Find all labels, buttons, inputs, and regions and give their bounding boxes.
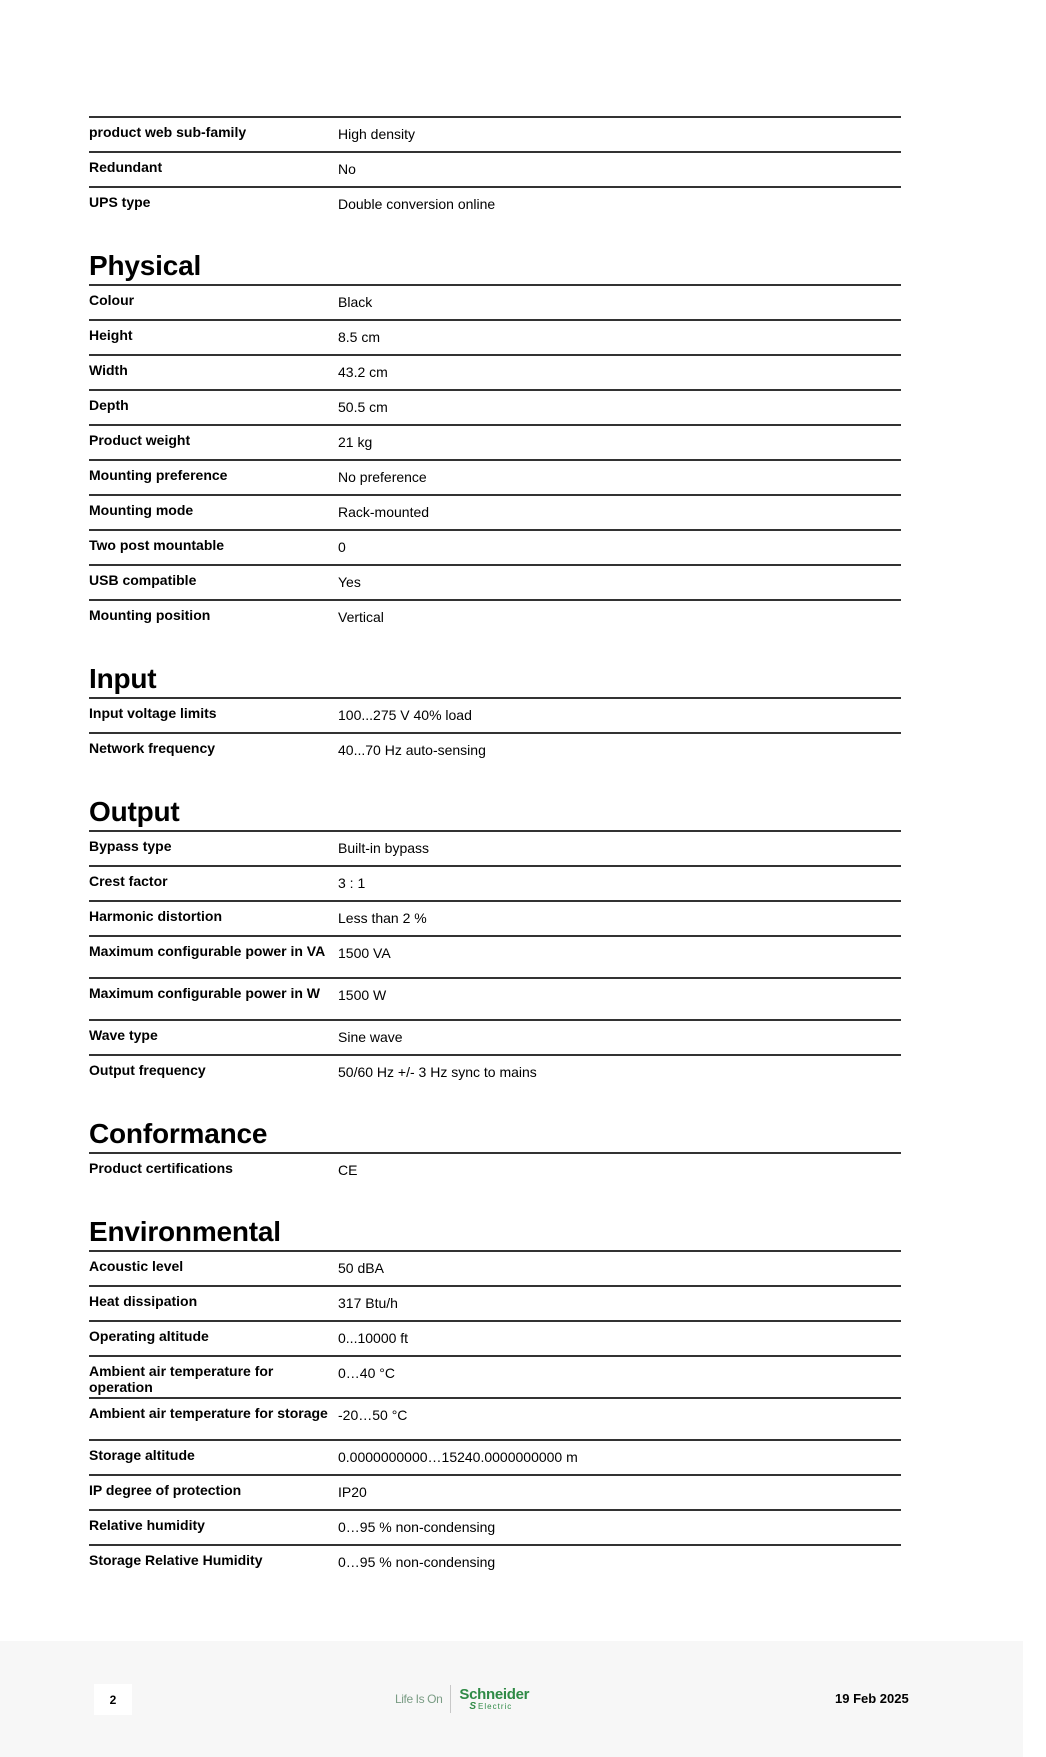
spec-value: CE: [338, 1160, 901, 1187]
brand-sub: Electric: [478, 1703, 512, 1711]
spec-label: Mounting position: [89, 607, 338, 634]
spec-value: 100...275 V 40% load: [338, 705, 901, 732]
spec-section: InputInput voltage limits100...275 V 40%…: [89, 664, 901, 767]
spec-row: Ambient air temperature for storage-20…5…: [89, 1397, 901, 1439]
spec-value: 40...70 Hz auto-sensing: [338, 740, 901, 767]
spec-label: Maximum configurable power in W: [89, 985, 338, 1019]
spec-label: Two post mountable: [89, 537, 338, 564]
spec-label: Acoustic level: [89, 1258, 338, 1285]
spec-value: 317 Btu/h: [338, 1293, 901, 1320]
spec-label: Bypass type: [89, 838, 338, 865]
spec-row: Mounting preferenceNo preference: [89, 459, 901, 494]
spec-row: RedundantNo: [89, 151, 901, 186]
spec-value: Double conversion online: [338, 194, 901, 221]
spec-label: Product certifications: [89, 1160, 338, 1187]
spec-row: Input voltage limits100...275 V 40% load: [89, 697, 901, 732]
spec-value: Built-in bypass: [338, 838, 901, 865]
spec-section: PhysicalColourBlackHeight8.5 cmWidth43.2…: [89, 251, 901, 634]
spec-value: Vertical: [338, 607, 901, 634]
spec-row: Ambient air temperature for operation0…4…: [89, 1355, 901, 1397]
page-number: 2: [94, 1684, 132, 1715]
section-title: Environmental: [89, 1217, 901, 1247]
spec-label: Ambient air temperature for operation: [89, 1363, 338, 1397]
brand-sub-row: S Electric: [459, 1702, 529, 1712]
spec-row: Heat dissipation317 Btu/h: [89, 1285, 901, 1320]
spec-label: Input voltage limits: [89, 705, 338, 732]
brand-divider: [450, 1685, 451, 1713]
spec-row: Storage Relative Humidity0…95 % non-cond…: [89, 1544, 901, 1579]
spec-label: Depth: [89, 397, 338, 424]
spec-value: Black: [338, 292, 901, 319]
spec-value: 1500 W: [338, 985, 901, 1019]
spec-value: 50 dBA: [338, 1258, 901, 1285]
spec-label: Output frequency: [89, 1062, 338, 1089]
spec-value: 0.0000000000…15240.0000000000 m: [338, 1447, 901, 1474]
spec-value: High density: [338, 124, 901, 151]
spec-row: Maximum configurable power in VA1500 VA: [89, 935, 901, 977]
spec-value: 43.2 cm: [338, 362, 901, 389]
spec-label: Heat dissipation: [89, 1293, 338, 1320]
spec-row: UPS typeDouble conversion online: [89, 186, 901, 221]
spec-row: Product certificationsCE: [89, 1152, 901, 1187]
spec-section: product web sub-familyHigh densityRedund…: [89, 116, 901, 221]
spec-row: Maximum configurable power in W1500 W: [89, 977, 901, 1019]
spec-row: Mounting modeRack-mounted: [89, 494, 901, 529]
spec-label: Ambient air temperature for storage: [89, 1405, 338, 1439]
schneider-logo: Schneider S Electric: [459, 1687, 529, 1712]
spec-row: Depth50.5 cm: [89, 389, 901, 424]
spec-value: 50.5 cm: [338, 397, 901, 424]
spec-row: Relative humidity0…95 % non-condensing: [89, 1509, 901, 1544]
brand-block: Life Is On Schneider S Electric: [395, 1681, 529, 1717]
spec-label: Width: [89, 362, 338, 389]
spec-document: product web sub-familyHigh densityRedund…: [89, 116, 901, 1579]
section-title: Physical: [89, 251, 901, 281]
spec-row: Bypass typeBuilt-in bypass: [89, 830, 901, 865]
spec-value: 0...10000 ft: [338, 1328, 901, 1355]
spec-row: Harmonic distortionLess than 2 %: [89, 900, 901, 935]
spec-row: Acoustic level50 dBA: [89, 1250, 901, 1285]
brand-name: Schneider: [459, 1687, 529, 1702]
spec-row: Output frequency50/60 Hz +/- 3 Hz sync t…: [89, 1054, 901, 1089]
spec-value: Yes: [338, 572, 901, 599]
section-title: Input: [89, 664, 901, 694]
spec-label: Height: [89, 327, 338, 354]
spec-section: EnvironmentalAcoustic level50 dBAHeat di…: [89, 1217, 901, 1579]
spec-row: ColourBlack: [89, 284, 901, 319]
spec-value: -20…50 °C: [338, 1405, 901, 1439]
section-title: Conformance: [89, 1119, 901, 1149]
spec-row: Height8.5 cm: [89, 319, 901, 354]
spec-row: Operating altitude0...10000 ft: [89, 1320, 901, 1355]
spec-label: IP degree of protection: [89, 1482, 338, 1509]
spec-value: Less than 2 %: [338, 908, 901, 935]
spec-label: Crest factor: [89, 873, 338, 900]
spec-value: No: [338, 159, 901, 186]
spec-label: Colour: [89, 292, 338, 319]
spec-row: Mounting positionVertical: [89, 599, 901, 634]
spec-label: Network frequency: [89, 740, 338, 767]
spec-label: Wave type: [89, 1027, 338, 1054]
spec-value: 21 kg: [338, 432, 901, 459]
spec-label: Mounting preference: [89, 467, 338, 494]
tagline: Life Is On: [395, 1692, 450, 1706]
spec-label: USB compatible: [89, 572, 338, 599]
spec-label: Product weight: [89, 432, 338, 459]
spec-value: 50/60 Hz +/- 3 Hz sync to mains: [338, 1062, 901, 1089]
spec-value: No preference: [338, 467, 901, 494]
spec-row: Width43.2 cm: [89, 354, 901, 389]
section-title: Output: [89, 797, 901, 827]
spec-value: 0…95 % non-condensing: [338, 1517, 901, 1544]
spec-value: Rack-mounted: [338, 502, 901, 529]
spec-value: 1500 VA: [338, 943, 901, 977]
spec-label: Mounting mode: [89, 502, 338, 529]
spec-label: Storage Relative Humidity: [89, 1552, 338, 1579]
spec-value: 0…40 °C: [338, 1363, 901, 1397]
spec-value: 8.5 cm: [338, 327, 901, 354]
spec-value: 3 : 1: [338, 873, 901, 900]
schneider-logo-icon: S: [469, 1702, 477, 1712]
spec-label: Operating altitude: [89, 1328, 338, 1355]
spec-label: Maximum configurable power in VA: [89, 943, 338, 977]
spec-row: product web sub-familyHigh density: [89, 116, 901, 151]
spec-value: 0…95 % non-condensing: [338, 1552, 901, 1579]
spec-row: Two post mountable0: [89, 529, 901, 564]
spec-row: Storage altitude0.0000000000…15240.00000…: [89, 1439, 901, 1474]
document-date: 19 Feb 2025: [835, 1691, 909, 1706]
spec-row: Crest factor3 : 1: [89, 865, 901, 900]
spec-section: ConformanceProduct certificationsCE: [89, 1119, 901, 1187]
page-footer: 2 Life Is On Schneider S Electric 19 Feb…: [0, 1641, 1023, 1757]
spec-row: USB compatibleYes: [89, 564, 901, 599]
spec-label: Harmonic distortion: [89, 908, 338, 935]
spec-value: IP20: [338, 1482, 901, 1509]
spec-row: Network frequency40...70 Hz auto-sensing: [89, 732, 901, 767]
spec-label: UPS type: [89, 194, 338, 221]
spec-label: Storage altitude: [89, 1447, 338, 1474]
spec-label: Redundant: [89, 159, 338, 186]
spec-row: Wave typeSine wave: [89, 1019, 901, 1054]
spec-section: OutputBypass typeBuilt-in bypassCrest fa…: [89, 797, 901, 1089]
spec-row: Product weight21 kg: [89, 424, 901, 459]
spec-value: 0: [338, 537, 901, 564]
spec-row: IP degree of protectionIP20: [89, 1474, 901, 1509]
spec-label: product web sub-family: [89, 124, 338, 151]
spec-value: Sine wave: [338, 1027, 901, 1054]
spec-label: Relative humidity: [89, 1517, 338, 1544]
